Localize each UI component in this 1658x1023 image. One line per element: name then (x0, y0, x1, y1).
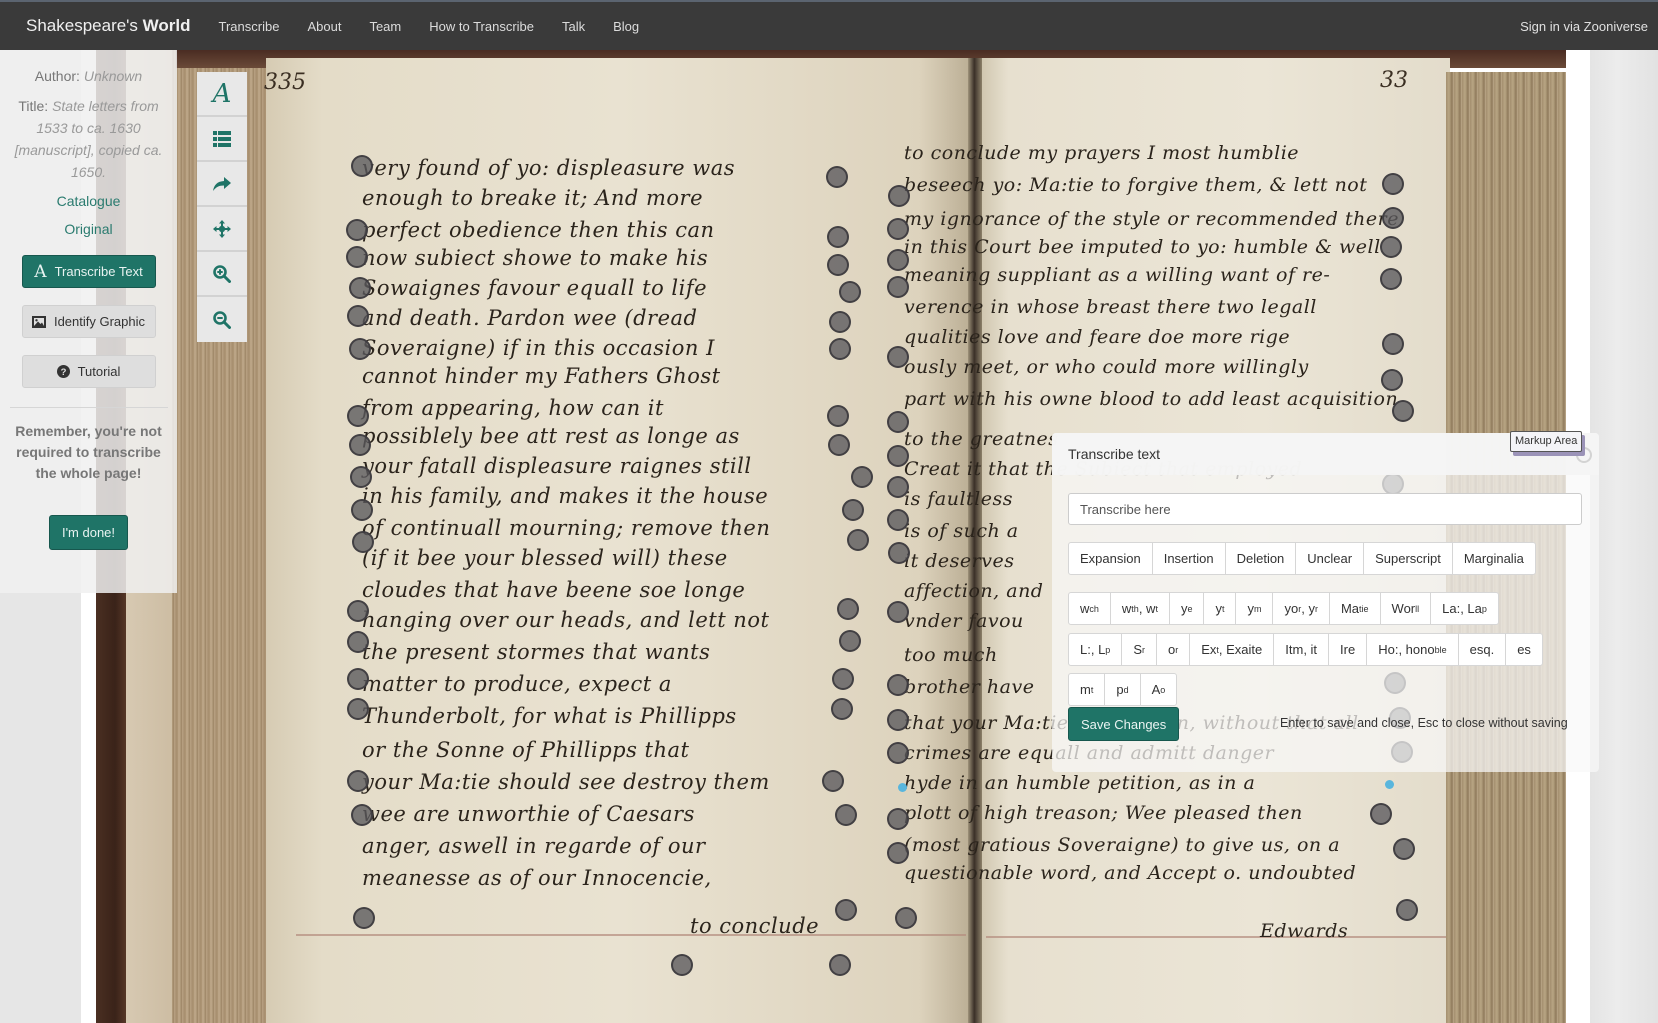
transcribe-text-button[interactable]: A Transcribe Text (22, 255, 156, 288)
marginalia-button[interactable]: Marginalia (1452, 542, 1536, 575)
abbreviation-button[interactable]: ym (1235, 592, 1273, 625)
nav-transcribe[interactable]: Transcribe (205, 19, 294, 34)
share-arrow-icon (213, 177, 231, 191)
manuscript-line: from appearing, how can it (362, 396, 664, 420)
line-marker-dot[interactable] (887, 808, 909, 830)
insertion-button[interactable]: Insertion (1152, 542, 1226, 575)
manuscript-line: wee are unworthie of Caesars (362, 802, 695, 826)
zoom-out-icon (213, 311, 231, 329)
ruled-line (296, 934, 966, 936)
line-marker-dot[interactable] (888, 185, 910, 207)
list-icon (213, 131, 231, 147)
line-marker-dot[interactable] (347, 698, 369, 720)
subject-sidebar: Author: Unknown Title: State letters fro… (0, 50, 177, 593)
manuscript-line: now subiect showe to make his (362, 246, 708, 270)
manuscript-line: brother have (904, 676, 1034, 698)
line-marker-dot[interactable] (887, 509, 909, 531)
line-marker-dot[interactable] (887, 601, 909, 623)
abbreviation-buttons-row-2: L:, LpSrorExt, ExaiteItm, itIreHo:, hono… (1068, 633, 1543, 666)
manuscript-line: to conclude my prayers I most humblie (904, 142, 1299, 164)
line-marker-dot[interactable] (887, 742, 909, 764)
abbreviation-button[interactable]: Matie (1329, 592, 1381, 625)
line-marker-dot[interactable] (887, 842, 909, 864)
line-marker-dot[interactable] (887, 476, 909, 498)
line-marker-dot[interactable] (351, 499, 373, 521)
line-marker-dot[interactable] (842, 499, 864, 521)
author-value: Unknown (84, 68, 142, 84)
image-icon (32, 316, 46, 328)
sign-in-link[interactable]: Sign in via Zooniverse (1520, 19, 1648, 34)
line-marker-dot[interactable] (350, 466, 372, 488)
folio-number-left: 335 (264, 70, 306, 95)
line-marker-dot[interactable] (851, 466, 873, 488)
markup-tag-buttons: Expansion Insertion Deletion Unclear Sup… (1068, 542, 1536, 575)
tool-list[interactable] (197, 117, 247, 162)
line-marker-dot[interactable] (829, 954, 851, 976)
line-marker-dot[interactable] (835, 899, 857, 921)
manuscript-line: or the Sonne of Phillipps that (362, 738, 689, 762)
line-marker-dot[interactable] (349, 434, 371, 456)
abbreviation-button[interactable]: mt (1068, 673, 1105, 706)
line-marker-dot[interactable] (671, 954, 693, 976)
abbreviation-button[interactable]: es (1505, 633, 1543, 666)
manuscript-line: hanging over our heads, and lett not (362, 608, 769, 632)
abbreviation-button[interactable]: La:, Lap (1430, 592, 1499, 625)
active-line-endpoint[interactable] (1385, 780, 1394, 789)
reminder-text: Remember, you're not required to transcr… (0, 421, 177, 484)
line-marker-dot[interactable] (887, 249, 909, 271)
line-marker-dot[interactable] (1382, 207, 1404, 229)
brand-bold: World (143, 16, 191, 35)
keyboard-hint: Enter to save and close, Esc to close wi… (1280, 716, 1568, 730)
line-marker-dot[interactable] (347, 770, 369, 792)
manuscript-line: your fatall displeasure raignes still (362, 454, 752, 478)
manuscript-line: questionable word, and Accept o. undoubt… (904, 862, 1356, 884)
manuscript-line: hyde in an humble petition, as in a (904, 772, 1255, 794)
abbreviation-button[interactable]: or (1156, 633, 1190, 666)
line-marker-dot[interactable] (827, 226, 849, 248)
abbreviation-button[interactable]: Ire (1328, 633, 1367, 666)
manuscript-line: ously meet, or who could more willingly (904, 356, 1309, 378)
save-changes-button[interactable]: Save Changes (1068, 707, 1179, 741)
line-marker-dot[interactable] (351, 155, 373, 177)
line-marker-dot[interactable] (1370, 803, 1392, 825)
line-marker-dot[interactable] (827, 254, 849, 276)
abbreviation-button[interactable]: ye (1169, 592, 1205, 625)
manuscript-line: qualities love and feare doe more rige (904, 326, 1290, 348)
line-marker-dot[interactable] (888, 542, 910, 564)
manuscript-line: your Ma:tie should see destroy them (362, 770, 770, 794)
abbreviation-button[interactable]: Ho:, honoble (1366, 633, 1458, 666)
text-a-icon: A (213, 79, 232, 109)
line-marker-dot[interactable] (837, 598, 859, 620)
line-marker-dot[interactable] (352, 531, 374, 553)
line-marker-dot[interactable] (353, 907, 375, 929)
tool-share[interactable] (197, 162, 247, 207)
brand-logo[interactable]: Shakespeare's World (26, 16, 191, 36)
catalogue-link[interactable]: Catalogue (0, 193, 177, 209)
manuscript-line: it deserves (904, 550, 1014, 572)
line-marker-dot[interactable] (887, 346, 909, 368)
line-marker-dot[interactable] (826, 166, 848, 188)
line-marker-dot[interactable] (1392, 400, 1414, 422)
manuscript-line: verence in whose breast there two legall (904, 296, 1317, 318)
manuscript-line: (most gratious Soveraigne) to give us, o… (904, 834, 1340, 856)
manuscript-line: Soveraigne) if in this occasion I (362, 336, 715, 360)
line-marker-dot[interactable] (839, 281, 861, 303)
panel-title: Transcribe text (1068, 446, 1160, 462)
author-meta: Author: Unknown (0, 65, 177, 87)
expansion-button[interactable]: Expansion (1068, 542, 1153, 575)
tutorial-label: Tutorial (78, 364, 121, 379)
manuscript-line: beseech yo: Ma:tie to forgive them, & le… (904, 174, 1367, 196)
line-marker-dot[interactable] (829, 311, 851, 333)
manuscript-line: too much (904, 644, 998, 666)
identify-graphic-button[interactable]: Identify Graphic (22, 305, 156, 338)
brand-prefix: Shakespeare's (26, 16, 143, 35)
manuscript-line: the present stormes that wants (362, 640, 710, 664)
abbreviation-buttons-row-3: mtpdAo (1068, 673, 1177, 706)
transcribe-panel: Transcribe text Expansion Insertion Dele… (1052, 433, 1599, 772)
title-meta: Title: State letters from 1533 to ca. 16… (0, 95, 177, 183)
manuscript-line: cannot hinder my Fathers Ghost (362, 364, 721, 388)
nav-talk[interactable]: Talk (548, 19, 599, 34)
line-marker-dot[interactable] (347, 668, 369, 690)
title-label: Title: (18, 98, 48, 114)
line-marker-dot[interactable] (1393, 838, 1415, 860)
manuscript-line: very found of yo: displeasure was (362, 156, 735, 180)
abbreviation-button[interactable]: Ext, Exaite (1189, 633, 1274, 666)
transcribe-input[interactable] (1068, 493, 1582, 525)
identify-graphic-label: Identify Graphic (54, 314, 145, 329)
line-marker-dot[interactable] (1382, 173, 1404, 195)
line-marker-dot[interactable] (351, 804, 373, 826)
abbreviation-button[interactable]: pd (1104, 673, 1140, 706)
abbreviation-button[interactable]: Ao (1140, 673, 1178, 706)
abbreviation-button[interactable]: esq. (1458, 633, 1507, 666)
abbreviation-button[interactable]: Itm, it (1273, 633, 1329, 666)
superscript-button[interactable]: Superscript (1363, 542, 1453, 575)
line-marker-dot[interactable] (1380, 268, 1402, 290)
manuscript-line: vnder favou (904, 610, 1024, 632)
line-marker-dot[interactable] (829, 338, 851, 360)
line-marker-dot[interactable] (347, 405, 369, 427)
line-marker-dot[interactable] (835, 804, 857, 826)
manuscript-line: anger, aswell in regarde of our (362, 834, 706, 858)
line-marker-dot[interactable] (347, 305, 369, 327)
svg-text:?: ? (60, 367, 66, 378)
line-marker-dot[interactable] (887, 674, 909, 696)
line-marker-dot[interactable] (349, 277, 371, 299)
line-marker-dot[interactable] (346, 219, 368, 241)
manuscript-line: to conclude (690, 914, 819, 938)
line-marker-dot[interactable] (827, 405, 849, 427)
manuscript-line: Sowaignes favour equall to life (362, 276, 707, 300)
nav-about[interactable]: About (293, 19, 355, 34)
line-marker-dot[interactable] (887, 411, 909, 433)
question-circle-icon: ? (57, 365, 70, 378)
right-scroll-area (1590, 50, 1658, 1023)
move-arrows-icon (213, 220, 231, 238)
unclear-button[interactable]: Unclear (1295, 542, 1364, 575)
zoom-in-icon (213, 265, 231, 283)
text-a-icon: A (34, 262, 46, 282)
line-marker-dot[interactable] (839, 630, 861, 652)
manuscript-line: enough to breake it; And more (362, 186, 703, 210)
abbreviation-button[interactable]: yor, yr (1272, 592, 1329, 625)
folio-number-right: 33 (1380, 68, 1408, 93)
nav-blog[interactable]: Blog (599, 19, 653, 34)
manuscript-line: matter to produce, expect a (362, 672, 672, 696)
abbreviation-button[interactable]: L:, Lp (1068, 633, 1122, 666)
manuscript-line: in this Court bee imputed to yo: humble … (904, 236, 1381, 258)
top-navbar: Shakespeare's World Transcribe About Tea… (0, 0, 1658, 50)
line-marker-dot[interactable] (887, 218, 909, 240)
tool-zoom-in[interactable] (197, 252, 247, 297)
abbreviation-button[interactable]: Sr (1121, 633, 1157, 666)
abbreviation-button[interactable]: Worll (1380, 592, 1432, 625)
manuscript-line: perfect obedience then this can (362, 218, 715, 242)
tool-zoom-out[interactable] (197, 297, 247, 342)
sidebar-divider (10, 407, 168, 408)
line-marker-dot[interactable] (887, 445, 909, 467)
manuscript-line: my ignorance of the style or recommended… (904, 208, 1399, 230)
ruled-line (986, 936, 1446, 938)
im-done-button[interactable]: I'm done! (49, 515, 128, 550)
line-marker-dot[interactable] (1396, 899, 1418, 921)
line-marker-dot[interactable] (822, 770, 844, 792)
tutorial-button[interactable]: ? Tutorial (22, 355, 156, 388)
line-marker-dot[interactable] (1381, 369, 1403, 391)
manuscript-line: (if it bee your blessed will) these (362, 546, 728, 570)
tool-move[interactable] (197, 207, 247, 252)
manuscript-line: Edwards (1260, 920, 1348, 942)
manuscript-line: meaning suppliant as a willing want of r… (904, 264, 1330, 286)
line-marker-dot[interactable] (887, 276, 909, 298)
manuscript-line: is of such a (904, 520, 1019, 542)
manuscript-line: Thunderbolt, for what is Phillipps (362, 704, 737, 728)
abbreviation-button[interactable]: wth, wt (1110, 592, 1170, 625)
manuscript-line: cloudes that have beene soe longe (362, 578, 745, 602)
transcribe-text-label: Transcribe Text (55, 264, 143, 279)
original-link[interactable]: Original (0, 221, 177, 237)
manuscript-line: plott of high treason; Wee pleased then (904, 802, 1303, 824)
nav-team[interactable]: Team (355, 19, 415, 34)
manuscript-line: to the greatnes (904, 428, 1058, 450)
abbreviation-button[interactable]: yt (1203, 592, 1236, 625)
line-marker-dot[interactable] (1380, 236, 1402, 258)
manuscript-line: in his family, and makes it the house (362, 484, 768, 508)
viewer-toolbar: A (197, 72, 247, 342)
line-marker-dot[interactable] (349, 338, 371, 360)
deletion-button[interactable]: Deletion (1225, 542, 1297, 575)
line-marker-dot[interactable] (887, 709, 909, 731)
manuscript-line: meanesse as of our Innocencie, (362, 866, 712, 890)
line-marker-dot[interactable] (895, 907, 917, 929)
markup-area-tooltip: Markup Area (1510, 431, 1582, 452)
manuscript-line: and death. Pardon wee (dread (362, 306, 697, 330)
manuscript-line: affection, and (904, 580, 1043, 602)
abbreviation-buttons-row-1: wchwth, wtyeytymyor, yrMatieWorllLa:, La… (1068, 592, 1499, 625)
manuscript-line: possiblely bee att rest as longe as (362, 424, 740, 448)
nav-how-to-transcribe[interactable]: How to Transcribe (415, 19, 548, 34)
line-marker-dot[interactable] (347, 631, 369, 653)
abbreviation-button[interactable]: wch (1068, 592, 1111, 625)
line-marker-dot[interactable] (832, 668, 854, 690)
line-marker-dot[interactable] (828, 434, 850, 456)
active-line-endpoint[interactable] (898, 783, 907, 792)
line-marker-dot[interactable] (1382, 333, 1404, 355)
manuscript-line: of continuall mourning; remove then (362, 516, 770, 540)
manuscript-line: part with his owne blood to add least ac… (904, 388, 1398, 410)
line-marker-dot[interactable] (347, 600, 369, 622)
line-marker-dot[interactable] (831, 698, 853, 720)
author-label: Author: (35, 68, 80, 84)
tool-transcribe-text[interactable]: A (197, 72, 247, 117)
line-marker-dot[interactable] (346, 246, 368, 268)
manuscript-line: is faultless (904, 488, 1013, 510)
line-marker-dot[interactable] (847, 529, 869, 551)
